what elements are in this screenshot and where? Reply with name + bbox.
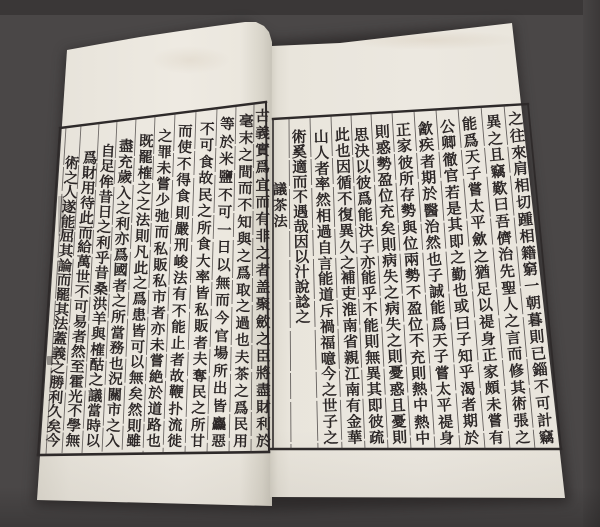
- character: 爲: [236, 267, 251, 282]
- character: 無: [65, 434, 80, 449]
- character: 張: [513, 413, 529, 429]
- character: 官: [214, 329, 229, 344]
- character: 則: [529, 329, 545, 345]
- character: 之: [514, 430, 530, 446]
- character: 私: [152, 274, 167, 289]
- character: 未: [156, 162, 171, 177]
- character: 實: [255, 144, 270, 159]
- character: 率: [195, 271, 210, 286]
- character: 患: [131, 308, 146, 323]
- character: 食: [198, 156, 213, 171]
- character: 計: [537, 413, 553, 429]
- character: 盡: [256, 384, 271, 399]
- character: 子: [456, 332, 472, 348]
- character: 甘: [190, 435, 205, 450]
- character: 之: [255, 247, 270, 262]
- character: 之: [504, 314, 520, 330]
- character: 扑: [168, 402, 183, 417]
- character: 盖: [255, 281, 270, 296]
- character: 歲: [117, 171, 132, 186]
- character: 皆: [212, 400, 227, 415]
- character: 於: [147, 387, 162, 402]
- character: 華: [347, 430, 363, 446]
- character: 民: [191, 386, 206, 401]
- character: 財: [256, 401, 271, 416]
- character: 而: [177, 125, 192, 140]
- frame-bottom-border: [38, 452, 269, 455]
- character: 有: [172, 288, 187, 303]
- character: 熱: [414, 414, 430, 430]
- character: 者: [151, 306, 166, 321]
- character: 期: [462, 414, 478, 430]
- character: 鞭: [168, 386, 183, 401]
- character: 不: [199, 123, 214, 138]
- character: 日: [216, 241, 231, 256]
- character: 充: [410, 350, 426, 366]
- character: 皆: [130, 324, 145, 339]
- left-page-column-1: 古義實爲宜而有非之者盖聚斂之臣將盡財利於: [254, 110, 272, 450]
- character: 路: [146, 419, 161, 434]
- character: 不: [337, 191, 353, 207]
- character: 也: [235, 334, 250, 349]
- character: 爲: [255, 161, 270, 176]
- character: 過: [235, 317, 250, 332]
- character: 之: [157, 130, 172, 145]
- character: 勢: [405, 268, 421, 284]
- character: 義: [255, 127, 270, 142]
- character: 相: [519, 229, 535, 245]
- character: 之: [197, 205, 212, 220]
- character: 流: [167, 418, 182, 433]
- character: 夫: [192, 353, 207, 368]
- character: 食: [175, 190, 190, 205]
- character: 則: [134, 229, 149, 244]
- character: 爲: [233, 401, 248, 416]
- character: 決: [358, 223, 374, 239]
- character: 異: [338, 223, 354, 239]
- character: 異: [486, 114, 502, 130]
- character: 彼: [398, 155, 414, 171]
- character: 竊: [538, 430, 554, 446]
- character: 之: [255, 333, 270, 348]
- character: 不: [237, 199, 252, 214]
- character: 不: [409, 333, 425, 349]
- character: 食: [196, 238, 211, 253]
- character: 先: [499, 264, 515, 280]
- character: 勢: [401, 204, 417, 220]
- section-title: 議茶法: [271, 183, 290, 230]
- character: 嚴: [174, 223, 189, 238]
- character: 而: [255, 196, 270, 211]
- character: 市: [151, 290, 166, 305]
- character: 議: [273, 183, 287, 198]
- character: 與: [402, 220, 418, 236]
- character: 惑: [389, 382, 405, 398]
- character: 不: [406, 285, 422, 301]
- character: 一: [216, 224, 231, 239]
- character: 福: [320, 335, 335, 350]
- character: 之: [295, 310, 310, 325]
- character: 麤: [211, 417, 226, 432]
- character: 中: [415, 431, 431, 447]
- character: 所: [213, 364, 228, 379]
- character: 而: [215, 294, 230, 309]
- character: 米: [218, 153, 233, 168]
- character: 然: [425, 235, 441, 251]
- character: 疏: [369, 430, 385, 446]
- character: 朝: [525, 296, 541, 312]
- character: 非: [255, 230, 270, 245]
- character: 場: [213, 347, 228, 362]
- character: 將: [256, 367, 271, 382]
- character: 則: [174, 206, 189, 221]
- character: 矣: [380, 221, 396, 237]
- character: 之: [115, 202, 130, 217]
- character: 充: [379, 205, 395, 221]
- character: 出: [212, 382, 227, 397]
- character: 可: [535, 396, 551, 412]
- character: 盡: [118, 140, 133, 155]
- character: 無: [128, 372, 143, 387]
- character: 聚: [255, 298, 270, 313]
- character: 之: [238, 149, 253, 164]
- character: 且: [390, 398, 406, 414]
- character: 未: [149, 339, 164, 354]
- character: 人: [314, 146, 329, 161]
- character: 然: [127, 403, 142, 418]
- character: 可: [217, 206, 232, 221]
- character: 既: [138, 135, 153, 150]
- character: 所: [196, 221, 211, 236]
- character: 亦: [150, 323, 165, 338]
- character: 與: [236, 233, 251, 248]
- character: 能: [462, 116, 478, 132]
- character: 茶: [273, 199, 287, 214]
- character: 有: [255, 213, 270, 228]
- character: 也: [146, 435, 161, 450]
- character: 止: [170, 337, 185, 352]
- character: 嘗: [155, 178, 170, 193]
- character: 爲: [132, 293, 147, 308]
- character: 惡: [211, 435, 226, 450]
- character: 者: [255, 264, 270, 279]
- character: 鹽: [218, 171, 233, 186]
- character: 之: [234, 385, 249, 400]
- character: 故: [169, 370, 184, 385]
- character: 矣: [128, 387, 143, 402]
- character: 間: [238, 165, 253, 180]
- character: 有: [489, 430, 505, 446]
- character: 歛: [471, 232, 487, 248]
- character: 則: [392, 430, 408, 446]
- character: 峻: [173, 255, 188, 270]
- character: 入: [105, 435, 120, 450]
- character: 私: [153, 242, 168, 257]
- character: 臣: [255, 350, 270, 365]
- character: 等: [219, 118, 234, 133]
- character: 天: [464, 149, 480, 165]
- character: 久: [339, 239, 355, 255]
- character: 之: [235, 300, 250, 315]
- character: 凡: [134, 245, 149, 260]
- character: 利: [256, 418, 271, 433]
- character: 正: [481, 348, 497, 364]
- character: 禔: [479, 315, 495, 331]
- character: 中: [413, 398, 429, 414]
- character: 法: [273, 215, 287, 230]
- character: 於: [422, 187, 438, 203]
- character: 於: [464, 430, 480, 446]
- character: 不: [171, 304, 186, 319]
- character: 之: [236, 250, 251, 265]
- character: 今: [45, 434, 60, 449]
- character: 修: [508, 363, 524, 379]
- character: 宜: [255, 178, 270, 193]
- character: 無: [215, 276, 230, 291]
- character: 用: [233, 435, 248, 450]
- character: 以: [215, 259, 230, 274]
- character: 者: [193, 336, 208, 351]
- character: 絶: [148, 371, 163, 386]
- character: 今: [214, 312, 229, 327]
- character: 販: [193, 320, 208, 335]
- character: 乎: [459, 365, 475, 381]
- character: 所: [190, 419, 205, 434]
- character: 以: [85, 435, 100, 450]
- character: 吾: [495, 214, 511, 230]
- character: 能: [171, 321, 186, 336]
- character: 法: [172, 272, 187, 287]
- character: 弛: [154, 210, 169, 225]
- character: 於: [256, 435, 271, 450]
- character: 夫: [234, 351, 249, 366]
- character: 家: [397, 139, 413, 155]
- character: 往: [509, 128, 525, 144]
- character: 民: [233, 418, 248, 433]
- character: 罷: [137, 150, 152, 165]
- character: 而: [154, 226, 169, 241]
- character: 暮: [527, 312, 543, 328]
- character: 所: [110, 311, 125, 326]
- character: 猶: [474, 265, 490, 281]
- character: 得: [176, 174, 191, 189]
- character: 官: [443, 168, 459, 184]
- character: 平: [437, 398, 453, 414]
- character: 踵: [517, 212, 533, 228]
- character: 不: [176, 157, 191, 172]
- character: 法: [135, 214, 150, 229]
- character: 販: [152, 258, 167, 273]
- character: 使: [177, 141, 192, 156]
- character: 末: [238, 132, 253, 147]
- character: 古: [255, 110, 270, 125]
- character: 疾: [419, 138, 435, 154]
- character: 復: [338, 207, 354, 223]
- character: 子: [433, 349, 449, 365]
- character: 雖: [126, 435, 141, 450]
- character: 大: [195, 254, 210, 269]
- character: 皆: [194, 287, 209, 302]
- character: 私: [194, 304, 209, 319]
- character: 罪: [157, 146, 172, 161]
- character: 知: [237, 216, 252, 231]
- character: 刑: [173, 239, 188, 254]
- character: 徙: [167, 435, 182, 450]
- character: 奪: [192, 369, 207, 384]
- character: 身: [439, 431, 455, 447]
- photo-stage: 之往來肩相切踵相籍窮一朝暮則已錙不可計竊 異之且竊歎曰吾儕治先聖人之言而修其術張…: [0, 0, 600, 527]
- character: 而: [237, 182, 252, 197]
- character: 竊: [490, 164, 506, 180]
- character: 之: [323, 430, 338, 445]
- character: 故: [198, 172, 213, 187]
- character: 可: [199, 139, 214, 154]
- character: 不: [217, 188, 232, 203]
- character: 之: [136, 198, 151, 213]
- character: 民: [197, 188, 212, 203]
- character: 之: [191, 402, 206, 417]
- character: 之: [450, 250, 466, 266]
- character: 務: [109, 342, 124, 357]
- character: 之: [508, 111, 524, 127]
- character: 茶: [234, 368, 249, 383]
- character: 於: [219, 135, 234, 150]
- character: 頗: [484, 381, 500, 397]
- character: 者: [169, 353, 184, 368]
- character: 毫: [238, 115, 253, 130]
- character: 子: [359, 239, 375, 255]
- character: 可: [130, 340, 145, 355]
- character: 切: [516, 195, 532, 211]
- character: 斂: [255, 315, 270, 330]
- character: 能: [430, 301, 446, 317]
- character: 取: [235, 283, 250, 298]
- character: 自: [317, 240, 332, 255]
- character: 憂: [388, 366, 404, 382]
- character: 嘗: [149, 355, 164, 370]
